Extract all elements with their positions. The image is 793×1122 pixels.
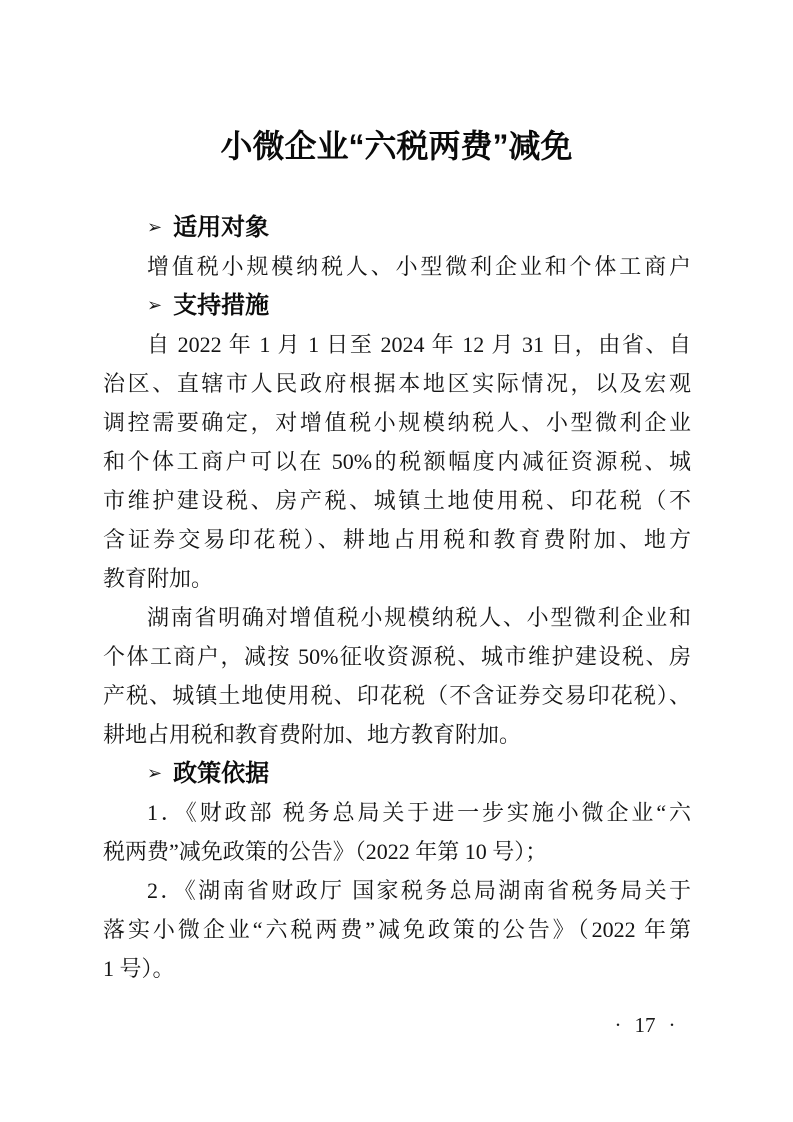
text-line: 1．《财政部 税务总局关于进一步实施小微企业“六 [103,793,691,832]
text-line: 2．《湖南省财政厅 国家税务总局湖南省税务局关于 [103,871,691,910]
arrow-bullet-icon: ➢ [147,208,162,247]
text-line: 增值税小规模纳税人、小型微利企业和个体工商户 [103,247,691,286]
text-line: 含证券交易印花税）、耕地占用税和教育费附加、地方 [103,520,691,559]
text-line: 自 2022 年 1 月 1 日至 2024 年 12 月 31 日，由省、自 [103,325,691,364]
page-number: · 17 · [578,1010,712,1040]
arrow-bullet-icon: ➢ [147,286,162,325]
text-line: 和个体工商户可以在 50%的税额幅度内减征资源税、城 [103,442,691,481]
footer-left-dot: · [615,1010,622,1040]
text-line: 耕地占用税和教育费附加、地方教育附加。 [103,715,691,754]
text-line: 市维护建设税、房产税、城镇土地使用税、印花税（不 [103,481,691,520]
document-page: 小微企业“六税两费”减免 ➢适用对象 增值税小规模纳税人、小型微利企业和个体工商… [0,0,793,1122]
text-line: 调控需要确定，对增值税小规模纳税人、小型微利企业 [103,403,691,442]
text-line: 教育附加。 [103,559,691,598]
text-line: 税两费”减免政策的公告》（2022 年第 10 号）； [103,832,691,871]
section-heading-applicable-targets: ➢适用对象 [103,208,691,247]
arrow-bullet-icon: ➢ [147,754,162,793]
section-heading-label: 支持措施 [173,292,269,319]
text-line: 1 号）。 [103,949,691,988]
document-body: ➢适用对象 增值税小规模纳税人、小型微利企业和个体工商户 ➢支持措施 自 202… [103,208,691,988]
footer-right-dot: · [669,1010,676,1040]
footer-number: 17 [635,1010,656,1040]
text-line: 治区、直辖市人民政府根据本地区实际情况，以及宏观 [103,364,691,403]
section-heading-support-measures: ➢支持措施 [103,286,691,325]
section-heading-label: 适用对象 [173,214,269,241]
text-line: 产税、城镇土地使用税、印花税（不含证券交易印花税）、 [103,676,691,715]
section-heading-label: 政策依据 [173,760,269,787]
text-line: 个体工商户，减按 50%征收资源税、城市维护建设税、房 [103,637,691,676]
text-line: 落实小微企业“六税两费”减免政策的公告》（2022 年第 [103,910,691,949]
document-title: 小微企业“六税两费”减免 [0,126,793,166]
section-heading-policy-basis: ➢政策依据 [103,754,691,793]
text-line: 湖南省明确对增值税小规模纳税人、小型微利企业和 [103,598,691,637]
